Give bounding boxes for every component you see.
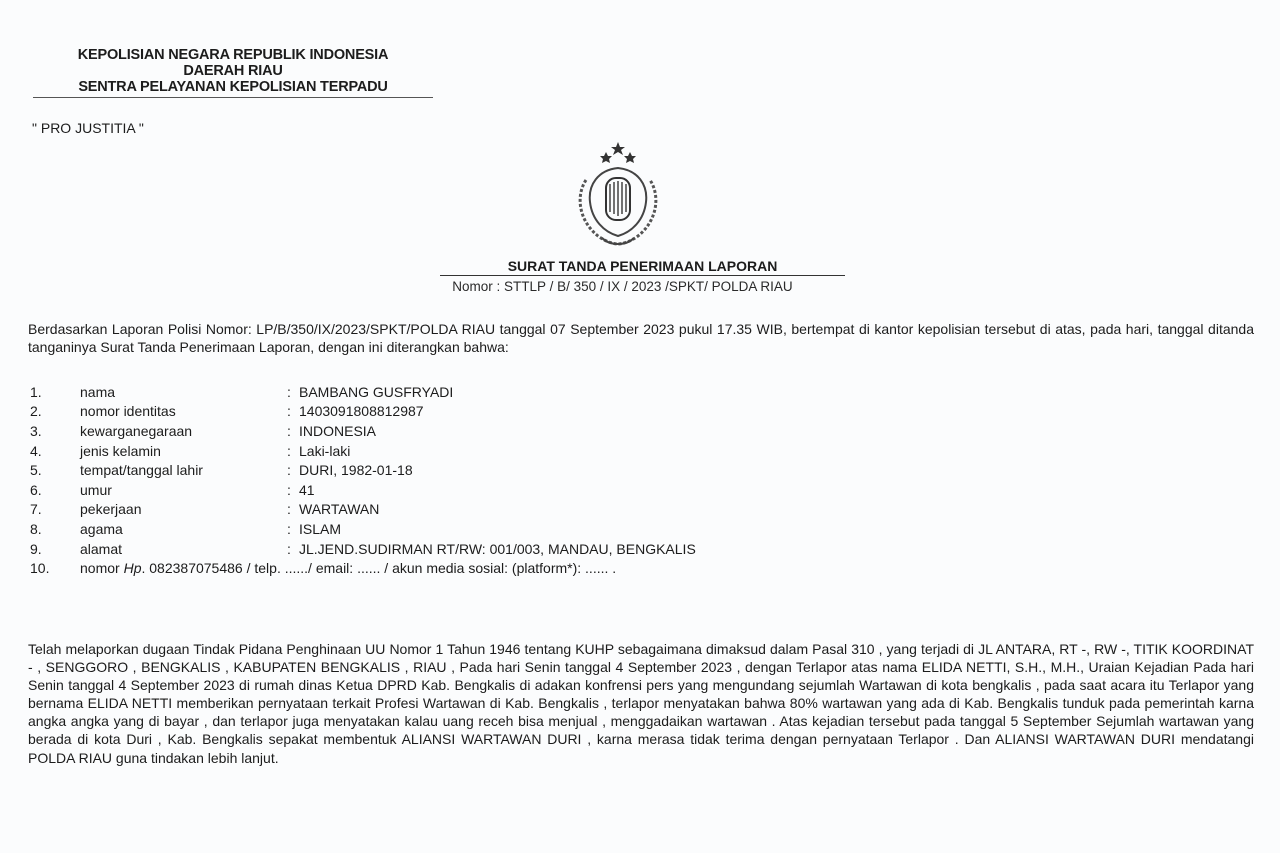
police-emblem-icon xyxy=(558,140,678,252)
field-separator: : xyxy=(287,462,299,478)
field-separator: : xyxy=(287,482,299,498)
field-number: 1. xyxy=(30,384,80,400)
field-value: BAMBANG GUSFRYADI xyxy=(299,384,453,400)
field-separator: : xyxy=(287,423,299,439)
letterhead-line-2: DAERAH RIAU xyxy=(33,63,433,79)
field-separator: : xyxy=(287,521,299,537)
contact-details: nomor Hp. 082387075486 / telp. ....../ e… xyxy=(80,560,616,576)
incident-narrative: Telah melaporkan dugaan Tindak Pidana Pe… xyxy=(28,640,1254,767)
field-label: jenis kelamin xyxy=(80,443,287,459)
field-label: nama xyxy=(80,384,287,400)
letterhead-line-3: SENTRA PELAYANAN KEPOLISIAN TERPADU xyxy=(33,79,433,95)
field-label: kewarganegaraan xyxy=(80,423,287,439)
document-number: Nomor : STTLP / B/ 350 / IX / 2023 /SPKT… xyxy=(395,279,850,294)
field-row-address: 9. alamat : JL.JEND.SUDIRMAN RT/RW: 001/… xyxy=(30,539,930,559)
field-separator: : xyxy=(287,541,299,557)
field-row-gender: 4. jenis kelamin : Laki-laki xyxy=(30,441,930,461)
field-label: alamat xyxy=(80,541,287,557)
document-title-block: SURAT TANDA PENERIMAAN LAPORAN xyxy=(440,258,845,276)
contact-hp-label: Hp xyxy=(124,560,142,576)
field-row-name: 1. nama : BAMBANG GUSFRYADI xyxy=(30,382,930,402)
contact-prefix: nomor xyxy=(80,560,124,576)
contact-values: . 082387075486 / telp. ....../ email: ..… xyxy=(141,560,616,576)
field-row-id-number: 2. nomor identitas : 1403091808812987 xyxy=(30,402,930,422)
field-row-religion: 8. agama : ISLAM xyxy=(30,519,930,539)
field-separator: : xyxy=(287,384,299,400)
field-row-age: 6. umur : 41 xyxy=(30,480,930,500)
field-number: 7. xyxy=(30,501,80,517)
field-value: WARTAWAN xyxy=(299,501,379,517)
title-underline xyxy=(440,275,845,276)
field-number: 9. xyxy=(30,541,80,557)
field-value: 1403091808812987 xyxy=(299,403,424,419)
field-number: 10. xyxy=(30,560,80,576)
field-label: tempat/tanggal lahir xyxy=(80,462,287,478)
field-separator: : xyxy=(287,443,299,459)
intro-paragraph: Berdasarkan Laporan Polisi Nomor: LP/B/3… xyxy=(28,320,1254,356)
field-number: 3. xyxy=(30,423,80,439)
field-label: umur xyxy=(80,482,287,498)
field-number: 5. xyxy=(30,462,80,478)
reporter-details-list: 1. nama : BAMBANG GUSFRYADI 2. nomor ide… xyxy=(30,382,930,578)
field-row-citizenship: 3. kewarganegaraan : INDONESIA xyxy=(30,421,930,441)
field-number: 4. xyxy=(30,443,80,459)
field-row-contact: 10. nomor Hp. 082387075486 / telp. .....… xyxy=(30,558,930,578)
field-number: 6. xyxy=(30,482,80,498)
field-label: agama xyxy=(80,521,287,537)
field-label: nomor identitas xyxy=(80,403,287,419)
field-value: ISLAM xyxy=(299,521,341,537)
field-row-birth: 5. tempat/tanggal lahir : DURI, 1982-01-… xyxy=(30,460,930,480)
field-number: 8. xyxy=(30,521,80,537)
field-row-occupation: 7. pekerjaan : WARTAWAN xyxy=(30,500,930,520)
field-value: DURI, 1982-01-18 xyxy=(299,462,413,478)
field-number: 2. xyxy=(30,403,80,419)
field-value: Laki-laki xyxy=(299,443,350,459)
document-title: SURAT TANDA PENERIMAAN LAPORAN xyxy=(440,258,845,274)
field-separator: : xyxy=(287,403,299,419)
field-value: 41 xyxy=(299,482,315,498)
field-separator: : xyxy=(287,501,299,517)
field-value: JL.JEND.SUDIRMAN RT/RW: 001/003, MANDAU,… xyxy=(299,541,696,557)
letterhead-divider xyxy=(33,97,433,98)
letterhead-line-1: KEPOLISIAN NEGARA REPUBLIK INDONESIA xyxy=(33,47,433,63)
field-value: INDONESIA xyxy=(299,423,376,439)
pro-justitia-label: " PRO JUSTITIA " xyxy=(32,120,144,136)
letterhead: KEPOLISIAN NEGARA REPUBLIK INDONESIA DAE… xyxy=(33,47,433,98)
field-label: pekerjaan xyxy=(80,501,287,517)
